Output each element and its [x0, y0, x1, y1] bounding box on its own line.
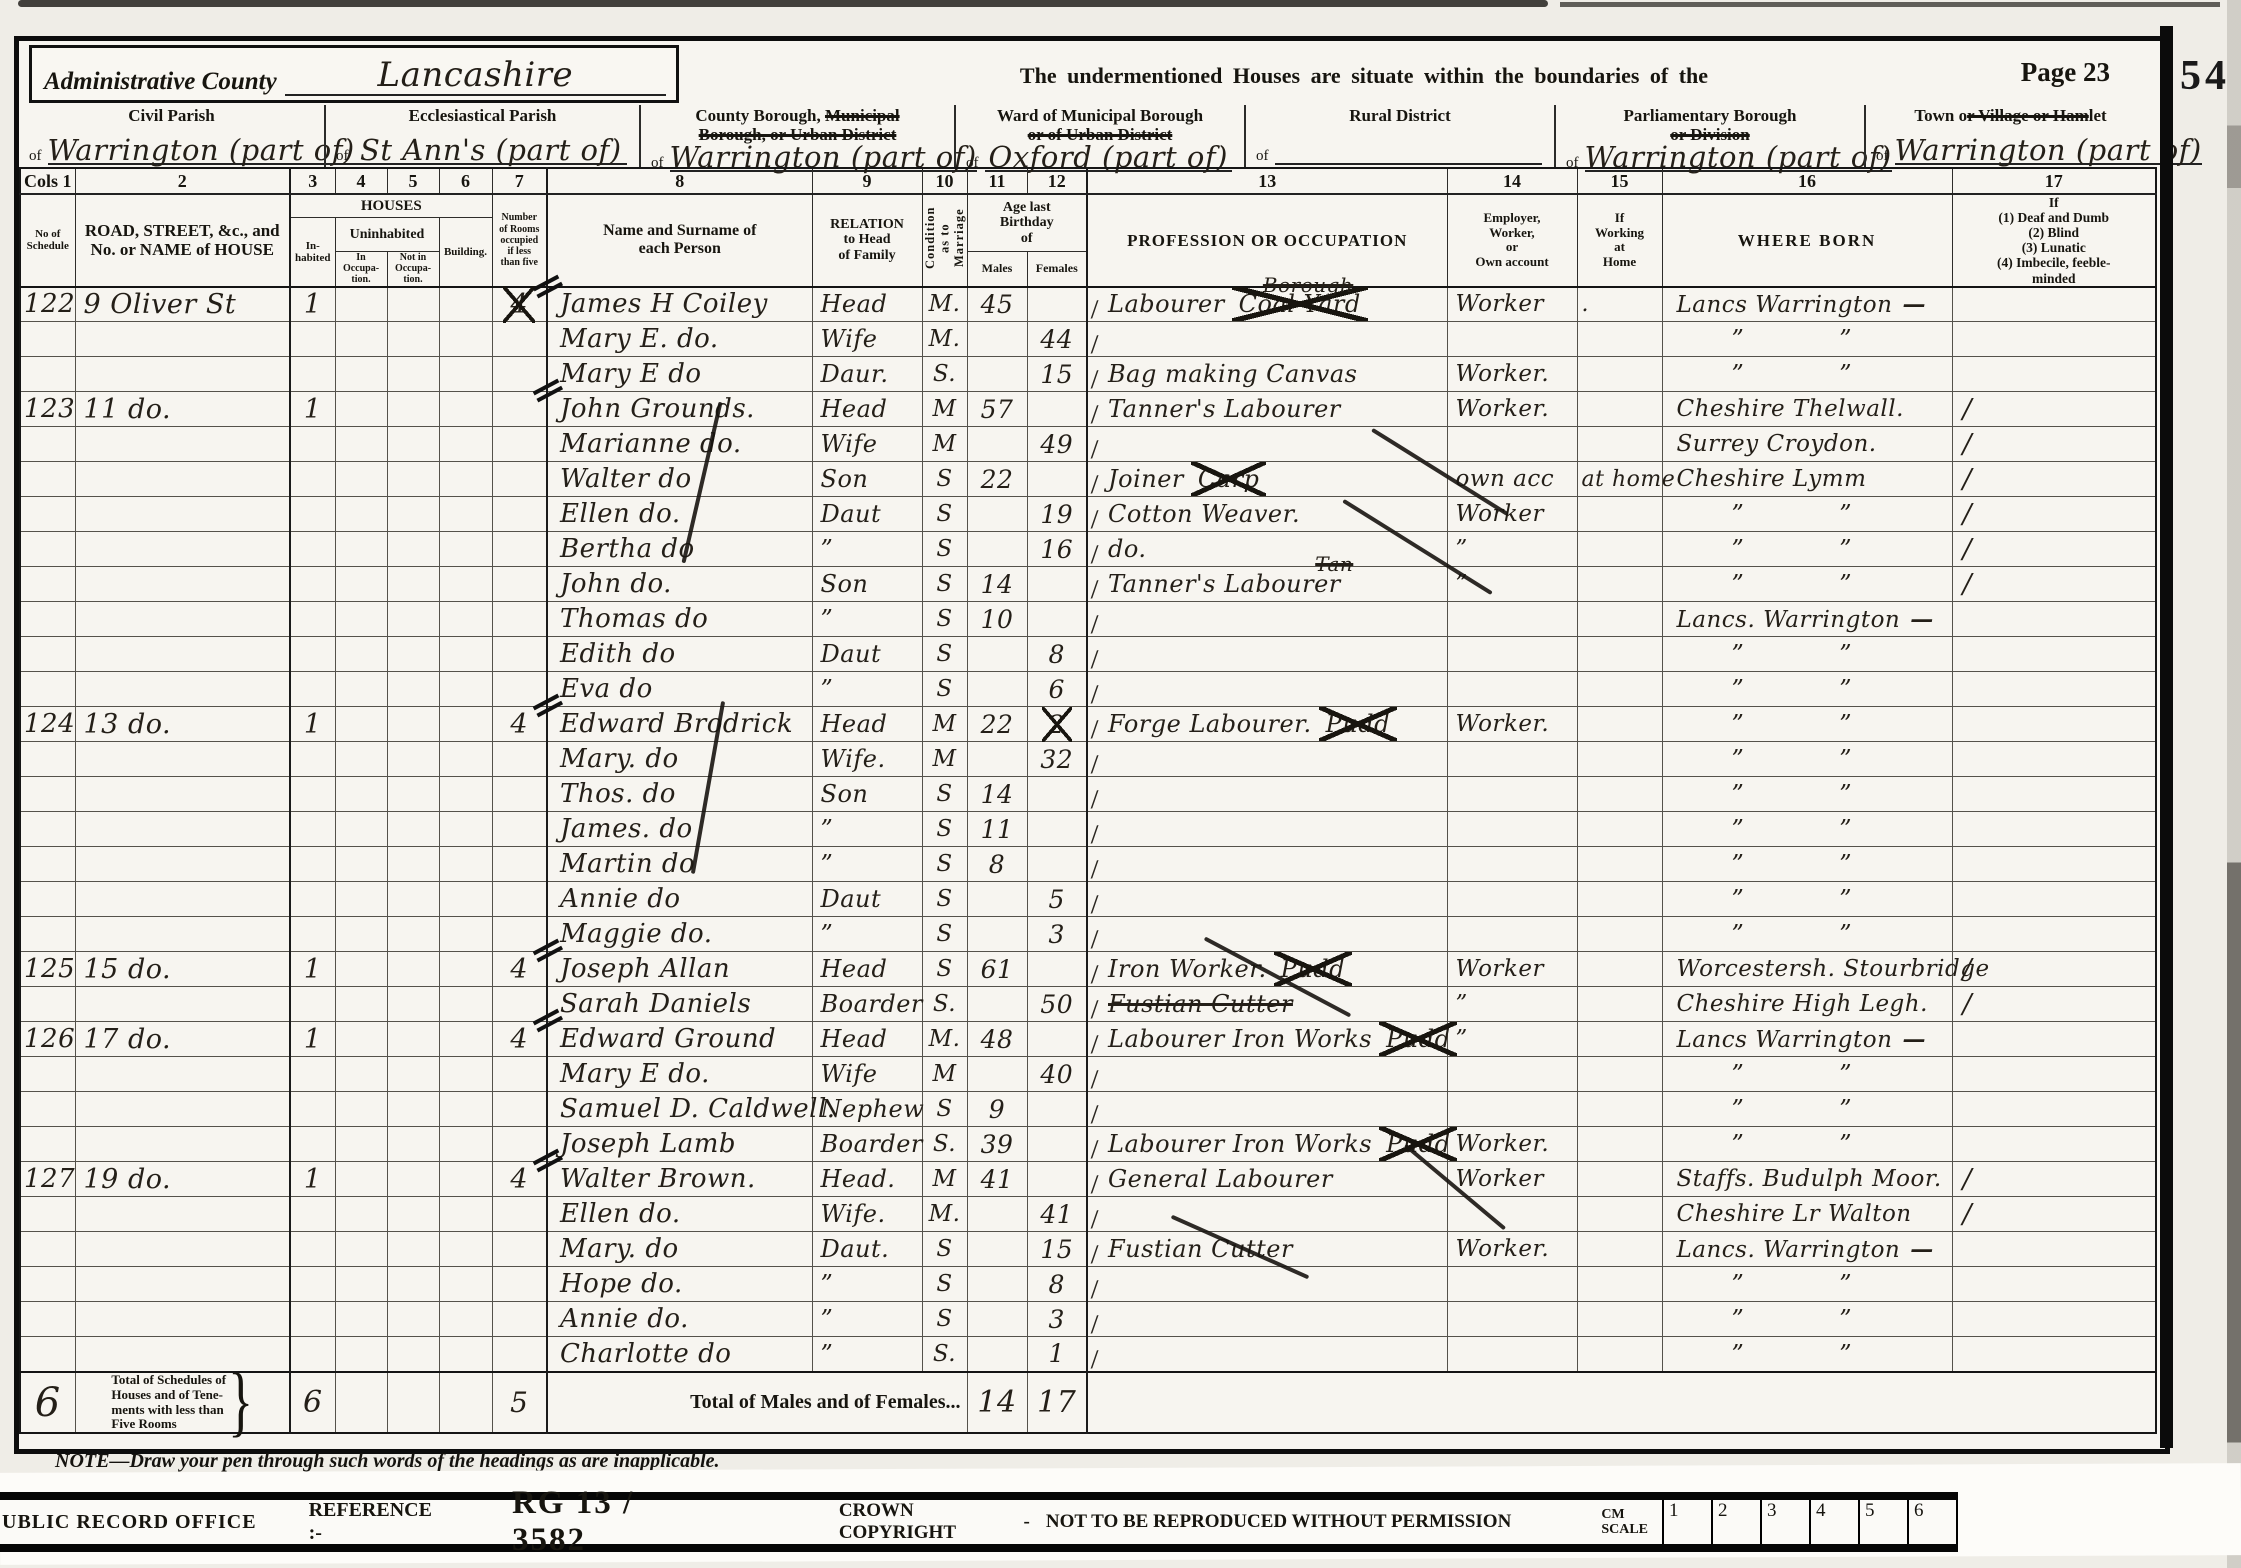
col-header-age: Age last Birthday of — [967, 194, 1087, 252]
col-number: 15 — [1577, 168, 1662, 194]
cell-where-born: ”” — [1662, 357, 1952, 392]
cell-inhabited — [290, 497, 335, 532]
cell-not-in-occupation — [387, 812, 439, 847]
cell-address — [75, 532, 290, 567]
cell-rooms — [492, 357, 547, 392]
cell-infirmity-tick: / — [1952, 987, 2156, 1022]
cell-working-at-home — [1577, 882, 1662, 917]
admin-county-value: Lancashire — [285, 58, 666, 96]
cell-working-at-home — [1577, 777, 1662, 812]
cell-inhabited — [290, 1092, 335, 1127]
table-row: Martin do”S8”” — [20, 847, 2156, 882]
cell-in-occupation — [335, 1162, 387, 1197]
cell-employer-status: Worker. — [1447, 1127, 1577, 1162]
cell-occupation: Fustian Cutter — [1087, 987, 1447, 1022]
cell-age-female — [1027, 1127, 1087, 1162]
cell-address — [75, 1092, 290, 1127]
cell-address: 15 do. — [75, 952, 290, 987]
table-row: 12413 do.14Edward BrodrickHeadM222Forge … — [20, 707, 2156, 742]
cell-infirmity-tick — [1952, 672, 2156, 707]
cell-rooms — [492, 1127, 547, 1162]
cell-schedule-no — [20, 987, 75, 1022]
cell-age-male — [967, 357, 1027, 392]
cell-age-female: 16 — [1027, 532, 1087, 567]
cell-person-name: John Grounds. — [547, 392, 812, 427]
cell-in-occupation — [335, 917, 387, 952]
cell-employer-status: Worker — [1447, 497, 1577, 532]
cell-address: 13 do. — [75, 707, 290, 742]
cell-not-in-occupation — [387, 917, 439, 952]
cell-occupation — [1087, 602, 1447, 637]
cell-in-occupation — [335, 532, 387, 567]
cell-working-at-home — [1577, 847, 1662, 882]
cell-age-male: 61 — [967, 952, 1027, 987]
cell-address — [75, 637, 290, 672]
table-row: 12311 do.1John Grounds.HeadM57Tanner's L… — [20, 392, 2156, 427]
cell-relation: Daut — [812, 882, 922, 917]
cell-building — [439, 742, 492, 777]
cell-where-born: Worcestersh. Stourbridge — [1662, 952, 1952, 987]
section-civil-parish: Civil ParishofWarrington (part of) — [19, 105, 324, 167]
cell-address — [75, 847, 290, 882]
cell-condition: S — [922, 497, 967, 532]
cell-where-born: ”” — [1662, 532, 1952, 567]
section-parliamentary-borough: Parliamentary Boroughor DivisionofWarrin… — [1554, 105, 1864, 167]
cell-not-in-occupation — [387, 742, 439, 777]
cell-occupation: Labourer Iron WorksPudd — [1087, 1127, 1447, 1162]
cell-in-occupation — [335, 987, 387, 1022]
cell-address — [75, 1057, 290, 1092]
cell-building — [439, 1057, 492, 1092]
cell-condition: S — [922, 637, 967, 672]
cell-empty — [1087, 1372, 2156, 1434]
cell-not-in-occupation — [387, 672, 439, 707]
cell-in-occupation — [335, 462, 387, 497]
section-label: County Borough, MunicipalBorough, or Urb… — [641, 107, 954, 144]
cell-address — [75, 1267, 290, 1302]
col-header-relation: RELATION to Head of Family — [812, 194, 922, 287]
cell-employer-status: Worker. — [1447, 357, 1577, 392]
cell-person-name: Ellen do. — [547, 497, 812, 532]
cell-schedule-no — [20, 1057, 75, 1092]
cell-occupation: do. — [1087, 532, 1447, 567]
cell-not-in-occupation — [387, 1092, 439, 1127]
cell-rooms — [492, 812, 547, 847]
col-header-where-born: WHERE BORN — [1662, 194, 1952, 287]
cell-working-at-home — [1577, 1092, 1662, 1127]
census-table: Cols 1 2 3 4 5 6 7 8 9 10 11 12 13 14 15… — [19, 167, 2157, 1434]
cell-schedule-no — [20, 882, 75, 917]
cell-condition: S — [922, 882, 967, 917]
cell-condition: M — [922, 1057, 967, 1092]
cell-occupation: Labourer Iron WorksPudd — [1087, 1022, 1447, 1057]
cell-condition: S — [922, 812, 967, 847]
cell-rooms — [492, 532, 547, 567]
cell-working-at-home — [1577, 672, 1662, 707]
cell-where-born: ”” — [1662, 672, 1952, 707]
cm-scale-ruler: 123456 — [1662, 1500, 1958, 1544]
cell-working-at-home — [1577, 1232, 1662, 1267]
cell-age-female: 44 — [1027, 322, 1087, 357]
cell-not-in-occupation — [387, 637, 439, 672]
cell-not-in-occupation — [387, 952, 439, 987]
cell-occupation — [1087, 322, 1447, 357]
cell-relation: Wife — [812, 322, 922, 357]
cell-person-name: John do. — [547, 567, 812, 602]
cm-scale-segment: 5 — [1858, 1500, 1907, 1544]
cell-rooms — [492, 742, 547, 777]
table-row: Eva do”S6”” — [20, 672, 2156, 707]
cell-employer-status — [1447, 637, 1577, 672]
cell-condition: S — [922, 532, 967, 567]
cell-building — [439, 1232, 492, 1267]
cell-rooms — [492, 1197, 547, 1232]
cell-where-born: Surrey Croydon. — [1662, 427, 1952, 462]
scan-artifact — [1560, 2, 2220, 7]
cell-relation: ” — [812, 672, 922, 707]
cell-employer-status: Worker. — [1447, 1232, 1577, 1267]
cell-where-born: ”” — [1662, 1337, 1952, 1372]
cell-working-at-home — [1577, 1337, 1662, 1372]
col-number: 16 — [1662, 168, 1952, 194]
cell-age-male: 48 — [967, 1022, 1027, 1057]
col-number: 10 — [922, 168, 967, 194]
cell-person-name: Martin do — [547, 847, 812, 882]
cell-age-female: 50 — [1027, 987, 1087, 1022]
section-label: Ecclesiastical Parish — [326, 107, 639, 126]
cell-condition: M — [922, 427, 967, 462]
cm-scale-label: CM SCALE — [1601, 1507, 1648, 1538]
section-rural-district: Rural Districtof — [1244, 105, 1554, 167]
cell-condition: S — [922, 777, 967, 812]
cell-working-at-home — [1577, 1197, 1662, 1232]
cell-condition: S — [922, 1232, 967, 1267]
cell-employer-status — [1447, 917, 1577, 952]
cell-infirmity-tick — [1952, 742, 2156, 777]
cell-address — [75, 742, 290, 777]
cell-building — [439, 427, 492, 462]
cell-relation: Daut — [812, 497, 922, 532]
cell-address: 17 do. — [75, 1022, 290, 1057]
cell-where-born: ”” — [1662, 812, 1952, 847]
cell-where-born: ”” — [1662, 637, 1952, 672]
cell-relation: Daur. — [812, 357, 922, 392]
cell-not-in-occupation — [387, 1162, 439, 1197]
cell-address — [75, 672, 290, 707]
cell-person-name: Thos. do — [547, 777, 812, 812]
cell-occupation: LabourerCoal YardBorough — [1087, 287, 1447, 322]
cell-where-born: Lancs. Warrington— — [1662, 1232, 1952, 1267]
table-row: Hope do.”S8”” — [20, 1267, 2156, 1302]
cell-total-schedules: 6 — [20, 1372, 75, 1434]
cell-age-female: 3 — [1027, 1302, 1087, 1337]
cell-address: 9 Oliver St — [75, 287, 290, 322]
cell-building — [439, 952, 492, 987]
cell-infirmity-tick: / — [1952, 1197, 2156, 1232]
table-row: Mary E doDaur.S.15Bag making CanvasWorke… — [20, 357, 2156, 392]
cell-schedule-no: 126 — [20, 1022, 75, 1057]
cell-where-born: ”” — [1662, 882, 1952, 917]
col-header-condition-text: Condition as to Marriage — [923, 197, 966, 279]
cell-inhabited — [290, 532, 335, 567]
cell-relation: Boarder — [812, 987, 922, 1022]
cell-not-in-occupation — [387, 357, 439, 392]
cell-person-name: Mary E. do. — [547, 322, 812, 357]
cell-in-occupation — [335, 847, 387, 882]
cell-address — [75, 882, 290, 917]
cell-relation: ” — [812, 847, 922, 882]
cell-not-in-occupation — [387, 322, 439, 357]
cell-infirmity-tick — [1952, 777, 2156, 812]
col-header-name: Name and Surname of each Person — [547, 194, 812, 287]
section-label: Parliamentary Boroughor Division — [1556, 107, 1864, 144]
cell-working-at-home: . — [1577, 287, 1662, 322]
cell-age-female — [1027, 847, 1087, 882]
census-form: Administrative County Lancashire The und… — [14, 36, 2170, 1454]
separator-dash: - — [1024, 1511, 1030, 1533]
cell-condition: M. — [922, 287, 967, 322]
cell-not-in-occupation — [387, 1127, 439, 1162]
cell-inhabited — [290, 567, 335, 602]
cell-not-in-occupation — [387, 602, 439, 637]
crown-copyright-label: CROWN COPYRIGHT — [839, 1500, 1008, 1544]
cell-person-name: Eva do — [547, 672, 812, 707]
col-header-condition: Condition as to Marriage — [922, 194, 967, 287]
cell-building — [439, 567, 492, 602]
cell-age-male: 10 — [967, 602, 1027, 637]
cell-age-female: 15 — [1027, 357, 1087, 392]
cell-employer-status: Worker — [1447, 952, 1577, 987]
cell-occupation — [1087, 777, 1447, 812]
cell-occupation — [1087, 917, 1447, 952]
cell-working-at-home — [1577, 812, 1662, 847]
cell-condition: S. — [922, 357, 967, 392]
cell-infirmity-tick: / — [1952, 1162, 2156, 1197]
table-row: Mary E do.WifeM40”” — [20, 1057, 2156, 1092]
cell-building — [439, 322, 492, 357]
cell-condition: S — [922, 672, 967, 707]
cell-employer-status — [1447, 1337, 1577, 1372]
cell-rooms — [492, 602, 547, 637]
cell-working-at-home — [1577, 707, 1662, 742]
cell-where-born: ”” — [1662, 567, 1952, 602]
cell-in-occupation — [335, 1057, 387, 1092]
cell-address: 19 do. — [75, 1162, 290, 1197]
cell-where-born: Lancs Warrington— — [1662, 287, 1952, 322]
cell-address — [75, 462, 290, 497]
section-ward: Ward of Municipal Boroughor of Urban Dis… — [954, 105, 1244, 167]
cell-total-males: 14 — [967, 1372, 1027, 1434]
cell-building — [439, 1302, 492, 1337]
cell-age-female — [1027, 1162, 1087, 1197]
cell-working-at-home — [1577, 742, 1662, 777]
cell-relation: ” — [812, 812, 922, 847]
cell-age-female — [1027, 392, 1087, 427]
cell-building — [439, 1127, 492, 1162]
cell-rooms — [492, 1267, 547, 1302]
cell-schedule-no: 125 — [20, 952, 75, 987]
cell-condition: M — [922, 742, 967, 777]
cell-empty — [387, 1372, 439, 1434]
cell-age-male — [967, 1232, 1027, 1267]
cell-person-name: Edward Brodrick — [547, 707, 812, 742]
cell-where-born: Cheshire Lr Walton — [1662, 1197, 1952, 1232]
cell-where-born: Lancs. Warrington— — [1662, 602, 1952, 637]
cell-infirmity-tick: / — [1952, 427, 2156, 462]
cell-age-male: 9 — [967, 1092, 1027, 1127]
cell-person-name: Joseph Allan — [547, 952, 812, 987]
cell-infirmity-tick — [1952, 637, 2156, 672]
cell-person-name: Ellen do. — [547, 1197, 812, 1232]
col-number: 14 — [1447, 168, 1577, 194]
cell-age-male — [967, 672, 1027, 707]
cell-not-in-occupation — [387, 707, 439, 742]
cell-rooms — [492, 882, 547, 917]
cell-person-name: Mary E do. — [547, 1057, 812, 1092]
cell-relation: Head — [812, 952, 922, 987]
cell-relation: Daut — [812, 637, 922, 672]
cell-working-at-home — [1577, 602, 1662, 637]
col-number: 2 — [75, 168, 290, 194]
cell-relation: ” — [812, 1267, 922, 1302]
cell-inhabited — [290, 882, 335, 917]
cell-age-male: 57 — [967, 392, 1027, 427]
cell-where-born: ”” — [1662, 497, 1952, 532]
col-header-females: Females — [1027, 252, 1087, 287]
piece-number: 54 — [2180, 52, 2230, 100]
cell-condition: M — [922, 392, 967, 427]
cell-not-in-occupation — [387, 567, 439, 602]
cell-address — [75, 812, 290, 847]
cell-infirmity-tick — [1952, 322, 2156, 357]
cell-infirmity-tick — [1952, 707, 2156, 742]
of-label: of — [336, 148, 349, 165]
cell-condition: S — [922, 847, 967, 882]
table-row: Charlotte do”S.1”” — [20, 1337, 2156, 1372]
cell-employer-status — [1447, 847, 1577, 882]
cell-inhabited — [290, 777, 335, 812]
cell-relation: Son — [812, 567, 922, 602]
cell-infirmity-tick — [1952, 1092, 2156, 1127]
cell-age-female: 5 — [1027, 882, 1087, 917]
page-number: Page 23 — [2021, 57, 2110, 88]
cell-in-occupation — [335, 497, 387, 532]
cell-building — [439, 1092, 492, 1127]
cm-scale-segment: 1 — [1662, 1500, 1711, 1544]
cell-condition: S — [922, 1302, 967, 1337]
col-number: Cols 1 — [20, 168, 75, 194]
col-header-infirmities: If (1) Deaf and Dumb (2) Blind (3) Lunat… — [1952, 194, 2156, 287]
cell-condition: S — [922, 952, 967, 987]
cell-relation: ” — [812, 917, 922, 952]
cell-schedule-no — [20, 637, 75, 672]
cell-not-in-occupation — [387, 1302, 439, 1337]
cell-working-at-home — [1577, 1057, 1662, 1092]
col-number: 9 — [812, 168, 922, 194]
cell-inhabited: 1 — [290, 1022, 335, 1057]
cell-working-at-home — [1577, 392, 1662, 427]
col-number: 3 — [290, 168, 335, 194]
cell-person-name: Sarah Daniels — [547, 987, 812, 1022]
cell-where-born: ”” — [1662, 742, 1952, 777]
cell-occupation — [1087, 1197, 1447, 1232]
cell-age-female — [1027, 567, 1087, 602]
cell-relation: Son — [812, 462, 922, 497]
cell-age-male: 14 — [967, 567, 1027, 602]
cell-in-occupation — [335, 1022, 387, 1057]
cell-person-name: Annie do. — [547, 1302, 812, 1337]
cell-infirmity-tick — [1952, 1057, 2156, 1092]
cell-occupation — [1087, 812, 1447, 847]
table-row: John do.SonS14Tanner's LabourerTan”””/ — [20, 567, 2156, 602]
cell-rooms: 4 — [492, 287, 547, 322]
cell-infirmity-tick — [1952, 357, 2156, 392]
cell-where-born: Staffs. Budulph Moor. — [1662, 1162, 1952, 1197]
cell-employer-status — [1447, 742, 1577, 777]
header-statement: The undermentioned Houses are situate wi… — [719, 63, 2009, 89]
cm-scale-segment: 6 — [1907, 1500, 1958, 1544]
cell-schedule-no — [20, 1302, 75, 1337]
cell-schedule-no — [20, 742, 75, 777]
cell-in-occupation — [335, 567, 387, 602]
section-value — [1275, 163, 1543, 165]
cell-rooms — [492, 1057, 547, 1092]
cell-where-born: ”” — [1662, 1267, 1952, 1302]
section-county-borough: County Borough, MunicipalBorough, or Urb… — [639, 105, 954, 167]
cell-total-females: 17 — [1027, 1372, 1087, 1434]
cell-age-male: 45 — [967, 287, 1027, 322]
cell-schedule-no — [20, 567, 75, 602]
cell-relation: ” — [812, 532, 922, 567]
cell-inhabited: 1 — [290, 392, 335, 427]
cell-person-name: Marianne do. — [547, 427, 812, 462]
cell-person-name: Edward Ground — [547, 1022, 812, 1057]
cell-employer-status — [1447, 672, 1577, 707]
cell-not-in-occupation — [387, 1057, 439, 1092]
cell-age-female: 49 — [1027, 427, 1087, 462]
cell-inhabited: 1 — [290, 287, 335, 322]
cell-age-male: 8 — [967, 847, 1027, 882]
cell-occupation — [1087, 1302, 1447, 1337]
col-header-rooms: Number of Rooms occupied if less than fi… — [492, 194, 547, 287]
cell-rooms — [492, 1092, 547, 1127]
cell-building — [439, 812, 492, 847]
col-number: 12 — [1027, 168, 1087, 194]
cm-scale-label-bottom: SCALE — [1601, 1522, 1648, 1537]
cell-not-in-occupation — [387, 462, 439, 497]
cell-condition: S — [922, 1267, 967, 1302]
cell-building — [439, 602, 492, 637]
cell-condition: M — [922, 707, 967, 742]
cell-employer-status — [1447, 602, 1577, 637]
of-label: of — [1256, 148, 1269, 165]
cell-inhabited — [290, 1057, 335, 1092]
cell-building — [439, 987, 492, 1022]
cell-relation: Wife. — [812, 742, 922, 777]
cell-person-name: Bertha do — [547, 532, 812, 567]
cell-address — [75, 567, 290, 602]
cell-age-male: 39 — [967, 1127, 1027, 1162]
cell-age-female — [1027, 602, 1087, 637]
cell-rooms: 4 — [492, 1022, 547, 1057]
cell-occupation — [1087, 1057, 1447, 1092]
cell-infirmity-tick: / — [1952, 532, 2156, 567]
cell-not-in-occupation — [387, 1197, 439, 1232]
cell-building — [439, 777, 492, 812]
table-row: Mary. doDaut.S15Fustian CutterWorker.Lan… — [20, 1232, 2156, 1267]
cell-person-name: Joseph Lamb — [547, 1127, 812, 1162]
cell-in-occupation — [335, 1232, 387, 1267]
